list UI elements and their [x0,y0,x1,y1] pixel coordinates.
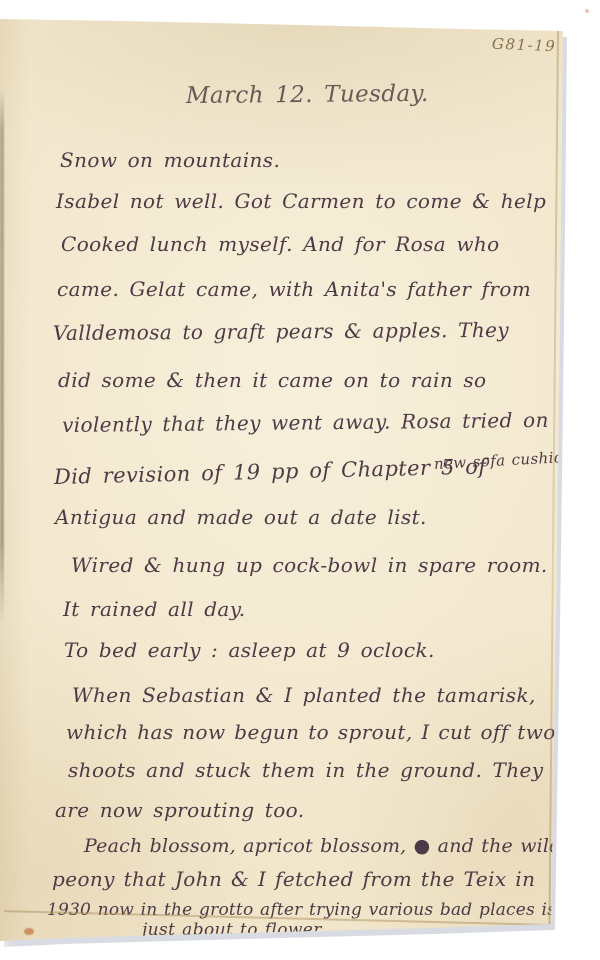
stain-mark [24,928,34,935]
manuscript-page: G81-19 March 12. Tuesday. Snow on mounta… [0,0,600,960]
date-heading: March 12. Tuesday. [186,82,429,109]
manuscript-line: Snow on mountains. [60,149,280,171]
manuscript-line: Cooked lunch myself. And for Rosa who [61,233,500,255]
manuscript-line: are now sprouting too. [55,799,305,821]
manuscript-line: To bed early : asleep at 9 oclock. [64,639,435,661]
manuscript-line: did some & then it came on to rain so [58,369,487,391]
manuscript-line: Wired & hung up cock-bowl in spare room. [71,554,548,576]
manuscript-line: peony that John & I fetched from the Tei… [52,868,535,890]
manuscript-line: violently that they went away. Rosa trie… [62,409,549,436]
manuscript-line: Valldemosa to graft pears & apples. They [53,319,509,344]
manuscript-line: which has now begun to sprout, I cut off… [66,721,556,743]
archival-number: G81-19 [492,35,557,56]
background-speck [585,9,589,13]
manuscript-line: shoots and stuck them in the ground. The… [68,759,543,781]
manuscript-line: When Sebastian & I planted the tamarisk, [72,684,536,706]
manuscript-line: came. Gelat came, with Anita's father fr… [57,278,531,300]
manuscript-line: Antigua and made out a date list. [55,506,427,528]
page-edge-shadow [0,88,4,623]
scan-background: G81-19 March 12. Tuesday. Snow on mounta… [0,0,600,960]
manuscript-line: Did revision of 19 pp of Chapter 5 of [54,455,487,489]
manuscript-line: Isabel not well. Got Carmen to come & he… [56,190,546,212]
manuscript-line: Peach blossom, apricot blossom, ● and th… [84,836,562,857]
manuscript-line: It rained all day. [63,598,246,620]
